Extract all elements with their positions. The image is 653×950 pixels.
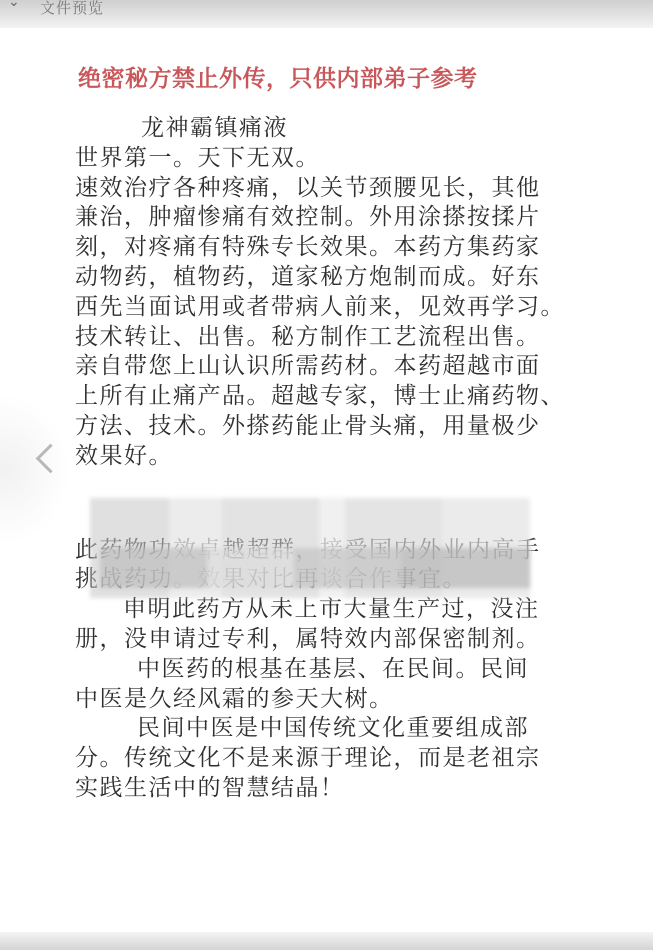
text-line: 效果好。 [75, 442, 595, 472]
redacted-blur-region [100, 548, 530, 588]
text-line: 上所有止痛产品。超越专家，博士止痛药物、 [75, 382, 595, 412]
document-body: 龙神霸镇痛液 世界第一。天下无双。 速效治疗各种疼痛，以关节颈腰见长，其他 兼治… [75, 114, 595, 804]
text-line: 方法、技术。外搽药能止骨头痛，用量极少 [75, 412, 595, 442]
text-line: 中医是久经风霜的参天大树。 [75, 685, 595, 715]
text-line: 民间中医是中国传统文化重要组成部 [75, 714, 595, 744]
text-line: 速效治疗各种疼痛，以关节颈腰见长，其他 [75, 174, 595, 204]
text-line: 西先当面试用或者带病人前来，见效再学习。 [75, 293, 595, 323]
text-line: 中医药的根基在基层、在民间。民间 [75, 655, 595, 685]
document-page: 绝密秘方禁止外传，只供内部弟子参考 龙神霸镇痛液 世界第一。天下无双。 速效治疗… [0, 28, 653, 928]
text-line: 世界第一。天下无双。 [75, 144, 595, 174]
text-line: 册，没申请过专利，属特效内部保密制剂。 [75, 625, 595, 655]
text-line: 实践生活中的智慧结晶！ [75, 774, 595, 804]
text-line: 亲自带您上山认识所需药材。本药超越市面 [75, 352, 595, 382]
text-line: 申明此药方从未上市大量生产过，没注 [75, 595, 595, 625]
text-line: 技术转让、出售。秘方制作工艺流程出售。 [75, 323, 595, 353]
document-heading: 绝密秘方禁止外传，只供内部弟子参考 [78, 64, 478, 94]
back-chevron-icon[interactable]: ⌄ [8, 0, 20, 10]
text-line: 动物药，植物药，道家秘方炮制而成。好东 [75, 263, 595, 293]
text-line: 分。传统文化不是来源于理论，而是老祖宗 [75, 744, 595, 774]
text-line: 刻，对疼痛有特殊专长效果。本药方集药家 [75, 233, 595, 263]
text-line: 兼治，肿瘤惨痛有效控制。外用涂搽按揉片 [75, 203, 595, 233]
bottom-bar [0, 932, 653, 950]
preview-header: ⌄ 文件预览 [0, 0, 653, 28]
product-name: 龙神霸镇痛液 [75, 114, 595, 144]
window-title: 文件预览 [40, 0, 104, 16]
